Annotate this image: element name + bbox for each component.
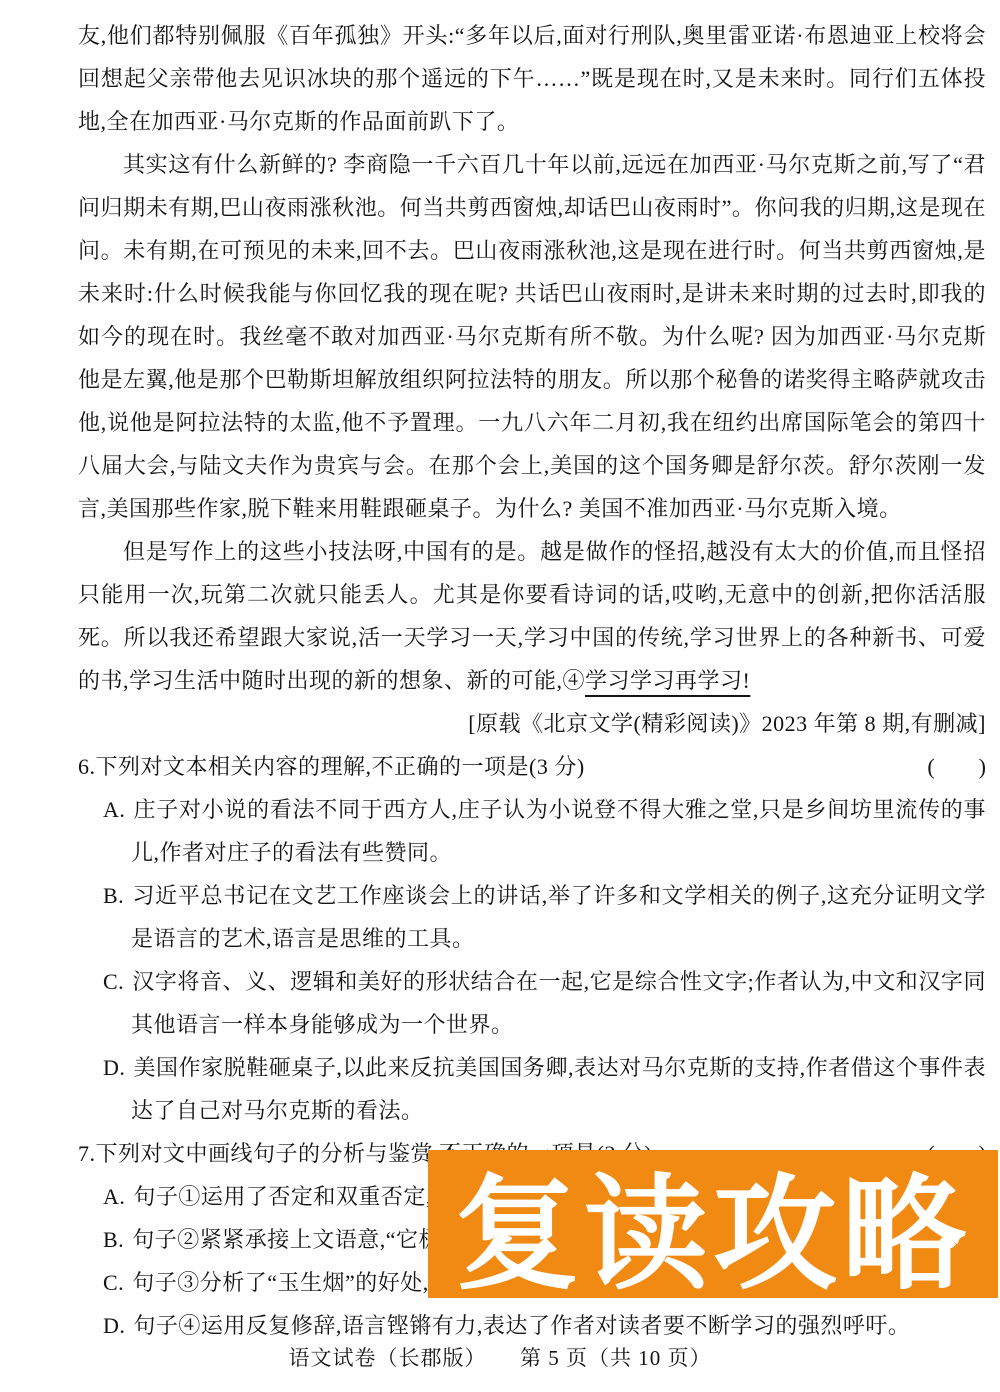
question-6-stem: ( )6.下列对文本相关内容的理解,不正确的一项是(3 分) (78, 745, 986, 788)
option-label: C. (103, 969, 124, 994)
option-label: D. (103, 1313, 125, 1338)
option-label: A. (103, 1184, 125, 1209)
passage-paragraph-2: 其实这有什么新鲜的? 李商隐一千六百几十年以前,远远在加西亚·马尔克斯之前,写了… (78, 143, 986, 530)
promo-banner-text: 复读攻略 (455, 1150, 971, 1298)
question-6-option-b: B.习近平总书记在文艺工作座谈会上的讲话,举了许多和文学相关的例子,这充分证明文… (103, 874, 986, 960)
option-text: 句子④运用反复修辞,语言铿锵有力,表达了作者对读者要不断学习的强烈呼吁。 (133, 1313, 910, 1338)
underlined-sentence-4: 学习学习再学习! (585, 668, 750, 693)
question-6-option-a: A.庄子对小说的看法不同于西方人,庄子认为小说登不得大雅之堂,只是乡间坊里流传的… (103, 788, 986, 874)
page-footer: 语文试卷（长郡版） 第 5 页（共 10 页） (0, 1342, 1000, 1372)
question-6: ( )6.下列对文本相关内容的理解,不正确的一项是(3 分) A.庄子对小说的看… (78, 745, 986, 1132)
option-label: C. (103, 1270, 124, 1295)
passage-paragraph-3: 但是写作上的这些小技法呀,中国有的是。越是做作的怪招,越没有太大的价值,而且怪招… (78, 530, 986, 702)
option-text: 美国作家脱鞋砸桌子,以此来反抗美国国务卿,表达对马尔克斯的支持,作者借这个事件表… (131, 1055, 986, 1123)
option-text: 庄子对小说的看法不同于西方人,庄子认为小说登不得大雅之堂,只是乡间坊里流传的事儿… (131, 797, 986, 865)
question-6-option-c: C.汉字将音、义、逻辑和美好的形状结合在一起,它是综合性文字;作者认为,中文和汉… (103, 960, 986, 1046)
source-attribution: [原载《北京文学(精彩阅读)》2023 年第 8 期,有删减] (78, 702, 986, 745)
question-6-option-d: D.美国作家脱鞋砸桌子,以此来反抗美国国务卿,表达对马尔克斯的支持,作者借这个事… (103, 1046, 986, 1132)
option-label: A. (103, 797, 125, 822)
passage-paragraph-1: 友,他们都特别佩服《百年孤独》开头:“多年以后,面对行刑队,奥里雷亚诺·布恩迪亚… (78, 14, 986, 143)
question-6-stem-text: 6.下列对文本相关内容的理解,不正确的一项是(3 分) (78, 754, 585, 779)
option-text: 习近平总书记在文艺工作座谈会上的讲话,举了许多和文学相关的例子,这充分证明文学是… (131, 883, 986, 951)
option-label: B. (103, 883, 124, 908)
option-text: 句子②紧紧承接上文语意,“它极 (132, 1227, 441, 1252)
option-label: B. (103, 1227, 124, 1252)
exam-content: 友,他们都特别佩服《百年孤独》开头:“多年以后,面对行刑队,奥里雷亚诺·布恩迪亚… (0, 0, 1000, 1347)
option-label: D. (103, 1055, 125, 1080)
exam-page: 友,他们都特别佩服《百年孤独》开头:“多年以后,面对行刑队,奥里雷亚诺·布恩迪亚… (0, 0, 1000, 1392)
question-7-option-d: D.句子④运用反复修辞,语言铿锵有力,表达了作者对读者要不断学习的强烈呼吁。 (103, 1304, 986, 1347)
option-text: 句子①运用了否定和双重否定, (133, 1184, 432, 1209)
promo-banner: 复读攻略 (428, 1150, 998, 1298)
question-6-answer-bracket: ( ) (927, 745, 986, 788)
option-text: 句子③分析了“玉生烟”的好处, (132, 1270, 429, 1295)
option-text: 汉字将音、义、逻辑和美好的形状结合在一起,它是综合性文字;作者认为,中文和汉字同… (131, 969, 986, 1037)
passage-paragraph-3-lead: 但是写作上的这些小技法呀,中国有的是。越是做作的怪招,越没有太大的价值,而且怪招… (78, 539, 986, 693)
